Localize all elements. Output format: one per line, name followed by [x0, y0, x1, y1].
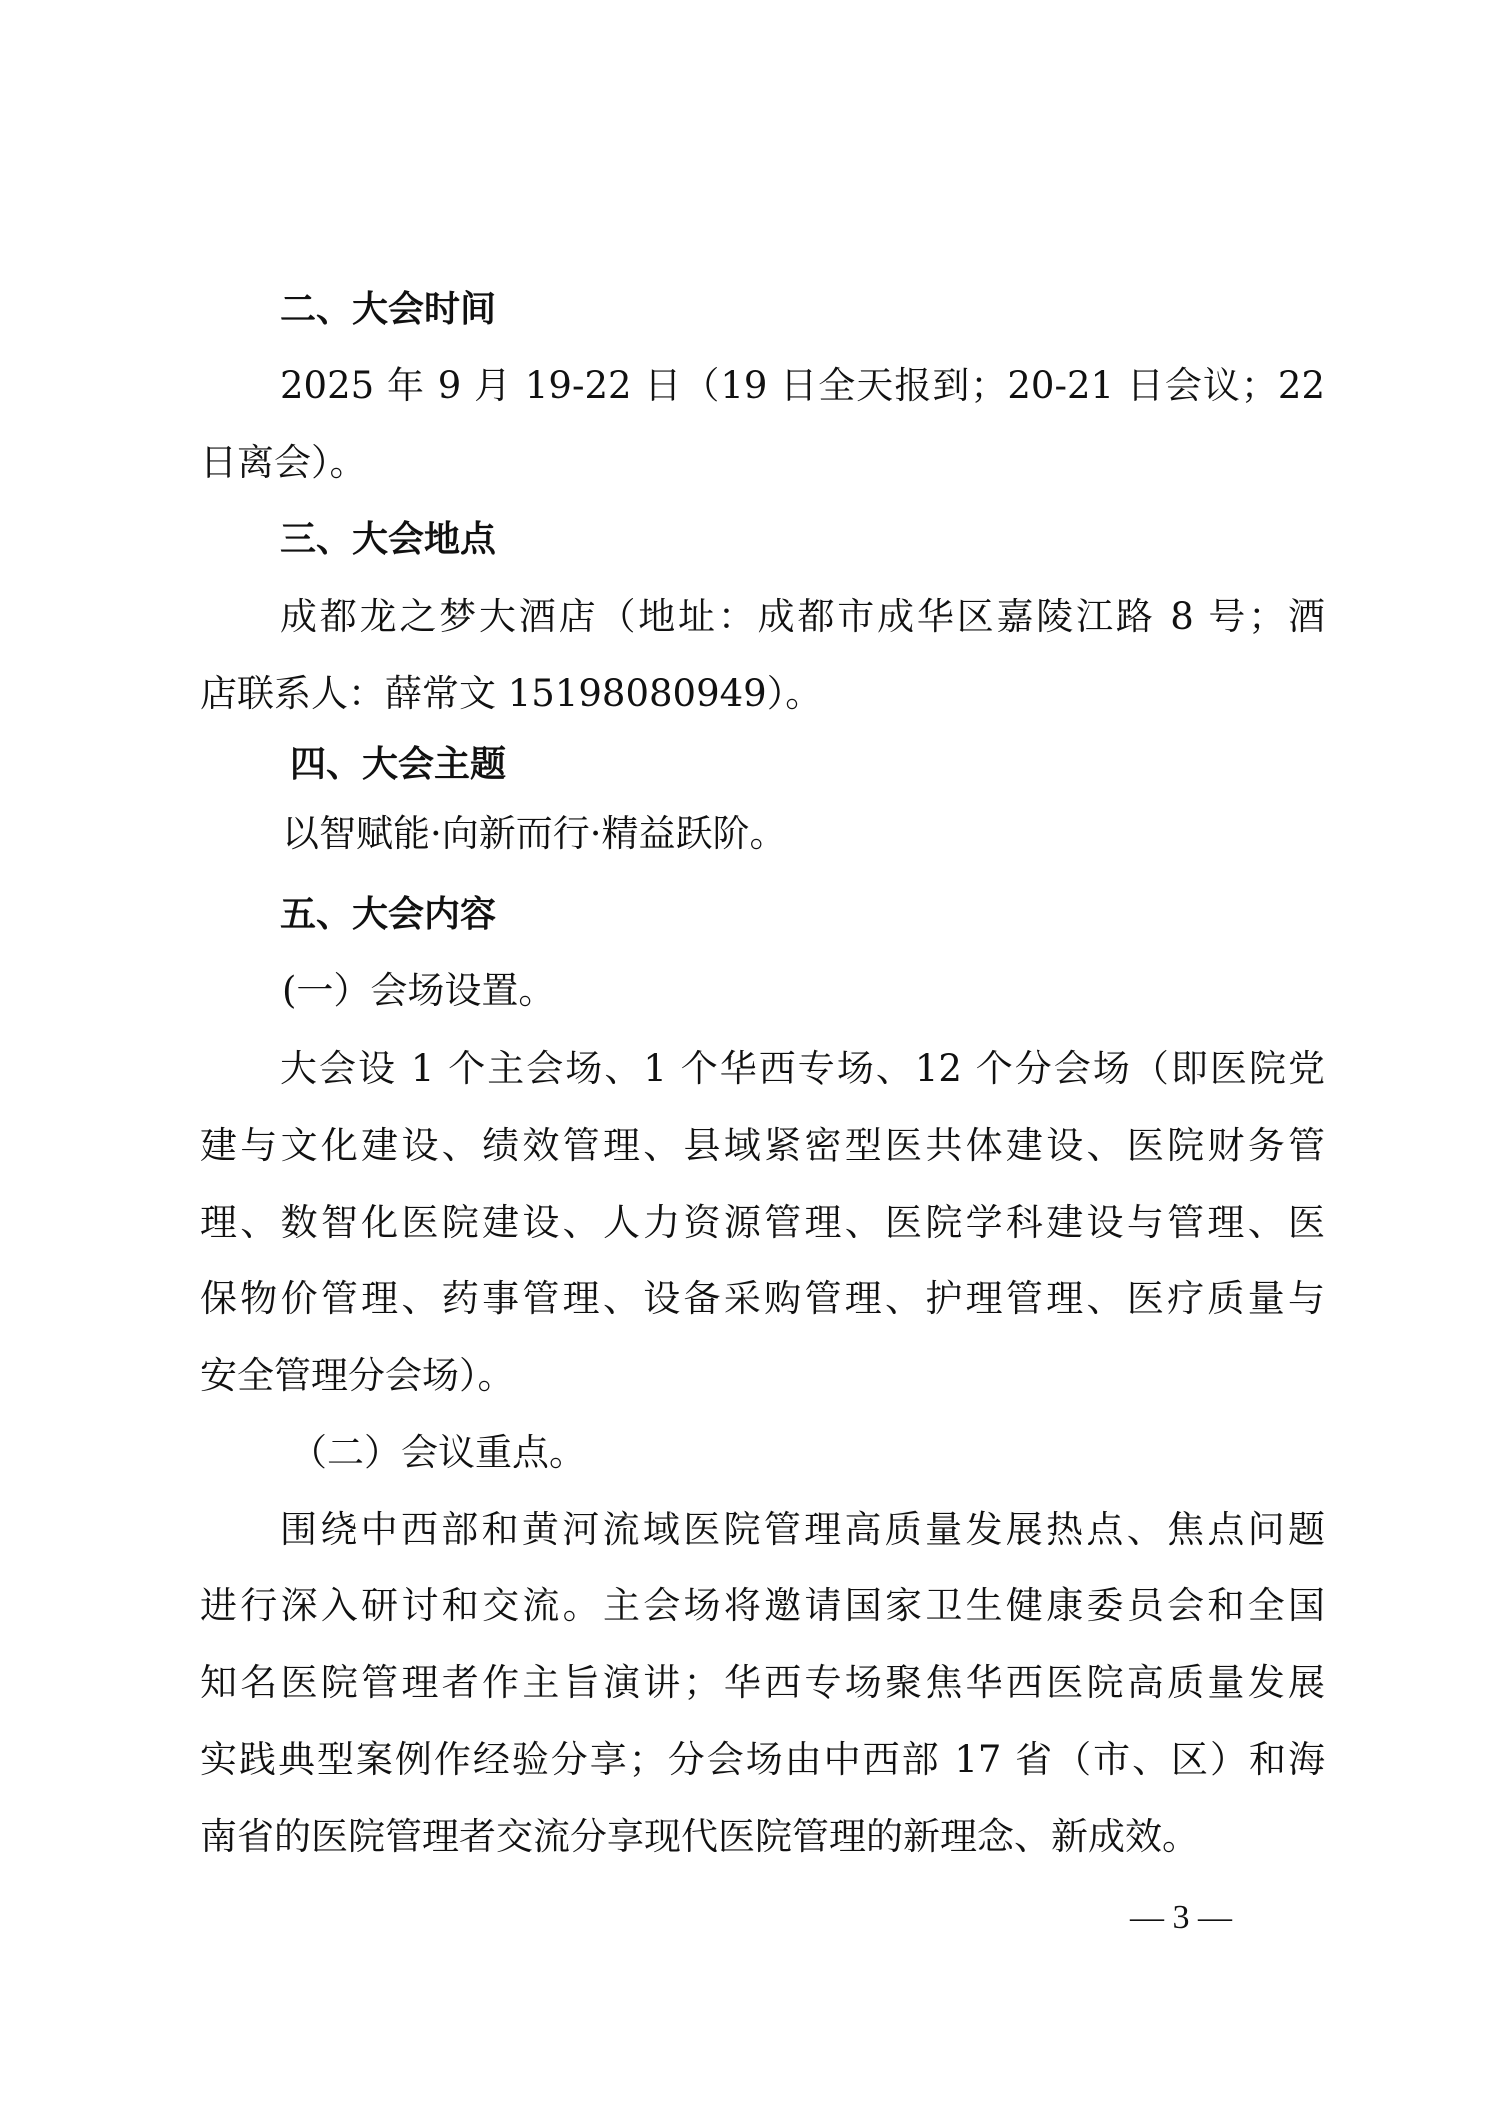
subsection-title: （二）会议重点。 — [290, 1431, 586, 1475]
paragraph-line: 南省的医院管理者交流分享现代医院管理的新理念、新成效。 — [200, 1815, 1199, 1859]
paragraph-line: 店联系人：薛常文 15198080949）。 — [200, 672, 822, 716]
page-number: — 3 — — [1130, 1896, 1232, 1940]
paragraph-line: 实践典型案例作经验分享；分会场由中西部 17 省（市、区）和海 — [200, 1738, 1325, 1782]
section-heading-time: 二、大会时间 — [280, 288, 496, 332]
paragraph-line: 理、数智化医院建设、人力资源管理、医院学科建设与管理、医 — [200, 1201, 1325, 1245]
paragraph-line: 围绕中西部和黄河流域医院管理高质量发展热点、焦点问题 — [208, 1508, 1325, 1552]
paragraph-line: 2025 年 9 月 19-22 日（19 日全天报到；20-21 日会议；22 — [208, 364, 1325, 408]
paragraph-line: 保物价管理、药事管理、设备采购管理、护理管理、医疗质量与 — [200, 1277, 1325, 1321]
paragraph-line: 建与文化建设、绩效管理、县域紧密型医共体建设、医院财务管 — [200, 1124, 1325, 1168]
paragraph-line: 大会设 1 个主会场、1 个华西专场、12 个分会场（即医院党 — [208, 1047, 1325, 1091]
section-heading-theme: 四、大会主题 — [290, 743, 506, 787]
paragraph-line: 安全管理分会场）。 — [200, 1354, 515, 1398]
subsection-title: (一）会场设置。 — [282, 969, 555, 1013]
paragraph-line: 知名医院管理者作主旨演讲；华西专场聚焦华西医院高质量发展 — [200, 1661, 1325, 1705]
paragraph-line: 日离会）。 — [200, 441, 367, 485]
paragraph-line: 进行深入研讨和交流。主会场将邀请国家卫生健康委员会和全国 — [200, 1584, 1325, 1628]
section-heading-content: 五、大会内容 — [280, 893, 496, 937]
paragraph-line: 以智赋能·向新而行·精益跃阶。 — [282, 812, 787, 856]
paragraph-line: 成都龙之梦大酒店（地址：成都市成华区嘉陵江路 8 号；酒 — [208, 595, 1325, 639]
section-heading-venue: 三、大会地点 — [280, 518, 496, 562]
